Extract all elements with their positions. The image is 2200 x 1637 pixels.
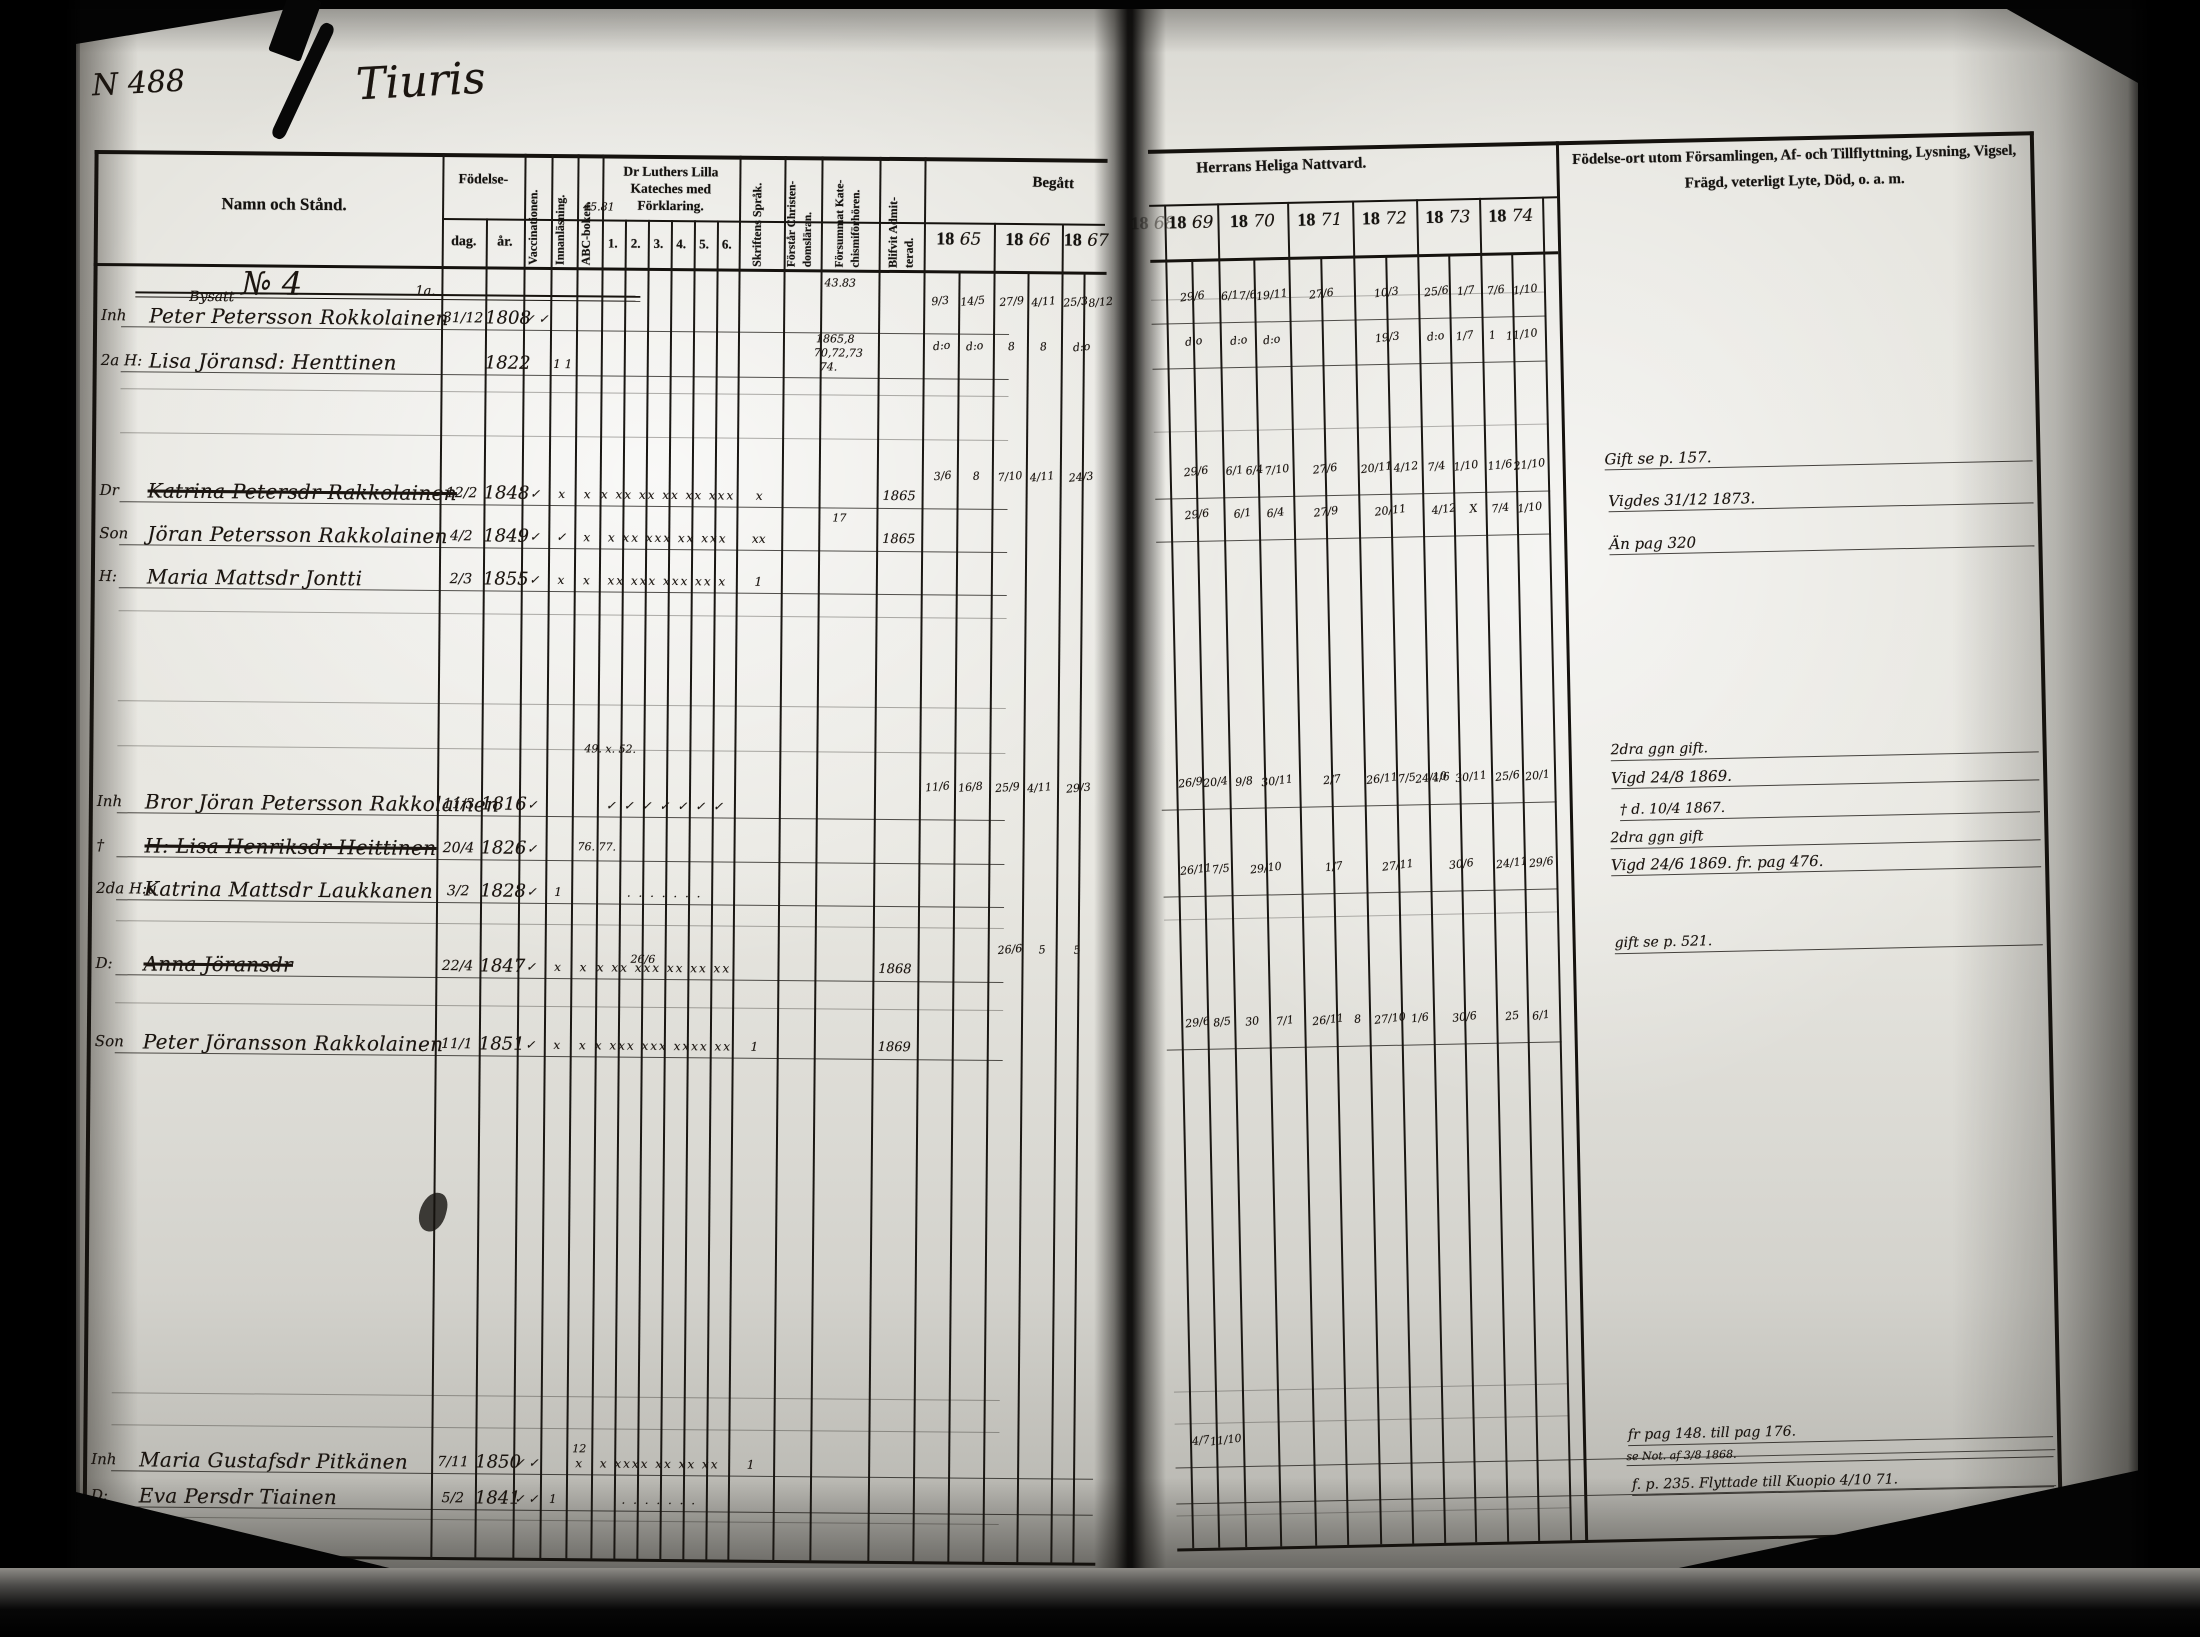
communion-date: 11/6 — [1487, 457, 1513, 473]
communion-date: 1/6 — [1410, 1010, 1429, 1025]
entry-catechism-marks: ✓ ✓ ✓ ✓ ✓ ✓ ✓ — [597, 798, 734, 813]
note-line: gift se p. 521. — [1614, 933, 1712, 951]
blank-ruled-line — [119, 610, 1007, 619]
year-printed-prefix: 18 — [1488, 205, 1506, 225]
communion-date: 7/4 — [1427, 459, 1446, 474]
blank-ruled-line — [1164, 911, 1559, 921]
entry-vaccination-mark: ✓ ✓ — [513, 1492, 540, 1506]
communion-date: 25/6 — [1423, 283, 1449, 299]
communion-date: 11/10 — [1505, 326, 1538, 343]
year-printed-prefix: 18 — [1005, 229, 1023, 249]
communion-date: 4/11 — [1029, 469, 1055, 484]
communion-date: 7/10 — [1264, 462, 1290, 478]
entry-underline — [1153, 361, 1548, 371]
entry-birth-year: 1847 — [479, 955, 517, 976]
communion-date: 6/1 — [1225, 463, 1244, 478]
grid-line — [1072, 274, 1086, 1564]
table-border-top — [95, 150, 1108, 163]
entry-underline — [117, 812, 1005, 821]
entry-reading-mark: 1 1 — [550, 357, 576, 371]
communion-date: 6/4 — [1245, 463, 1264, 478]
grid-line — [1320, 258, 1349, 1545]
col-header-catechism-1: Dr Luthers Lilla — [602, 163, 739, 180]
communion-year-cell: 29/6 — [1172, 464, 1221, 478]
entry-underline — [1164, 888, 1559, 898]
entry-underline — [1155, 490, 1550, 500]
communion-date: 26/11 — [1179, 861, 1212, 878]
communion-date: d:o — [1426, 329, 1445, 344]
communion-year-cell: 30/6 — [1435, 1010, 1494, 1024]
communion-date: 26/11 — [1311, 1011, 1344, 1028]
entry-margin-label: Inh — [97, 792, 143, 810]
blank-ruled-line — [111, 1516, 999, 1525]
grid-line — [1448, 256, 1477, 1543]
communion-date: 14/5 — [960, 294, 986, 309]
entry-vaccination-mark: ✓ — [517, 960, 544, 974]
communion-date: 30/6 — [1448, 856, 1474, 872]
communion-year-cell: 1/7 — [1303, 859, 1364, 873]
communion-year-cell: 27/6 — [1291, 287, 1352, 301]
communion-date: 7/6 — [1486, 283, 1505, 298]
scribble: 26/6 — [631, 953, 656, 966]
year-printed-prefix: 18 — [1297, 209, 1315, 229]
year-handwritten-suffix: 73 — [1443, 207, 1470, 228]
entry-margin-label: Inh — [91, 1450, 137, 1468]
communion-date: 4/12 — [1393, 459, 1419, 475]
communion-year-cell: 10/3 — [1356, 285, 1416, 299]
left-page: Namn och Stånd. Födelse- dag. år. Vaccin… — [82, 105, 1108, 1579]
entry-scripture-mark: xx — [736, 532, 781, 546]
entry-vaccination-mark: ✓ — [517, 1038, 544, 1052]
note-line: 2dra ggn gift — [1610, 828, 1703, 846]
entry-vaccination-mark: ✓ — [518, 842, 545, 856]
communion-date: 4/7 — [1191, 1433, 1210, 1448]
communion-date: X — [1468, 502, 1477, 516]
grid-line — [727, 156, 742, 1561]
communion-superheader-right: Herrans Heliga Nattvard. — [1171, 154, 1391, 179]
grid-line — [1016, 273, 1030, 1563]
entry-admitted-year: 1865 — [874, 532, 923, 547]
blank-ruled-line — [1177, 1507, 1572, 1517]
communion-date: 6/1 — [1532, 1008, 1551, 1023]
communion-date: 6/1 — [1232, 506, 1251, 521]
year-header: 18 72 — [1354, 207, 1414, 229]
year-printed-prefix: 18 — [1168, 212, 1186, 232]
entry-birth-day: 20/4 — [436, 840, 480, 856]
communion-date: 29/6 — [1528, 854, 1554, 870]
col-header-vaccination: Vaccinationen. — [526, 159, 542, 265]
communion-year-cell: 29/68/5 — [1183, 1015, 1232, 1029]
scribble: 43.83 — [824, 276, 856, 289]
year-header: 18 69 — [1166, 211, 1215, 233]
communion-year-cell: 29/3 — [1059, 781, 1097, 794]
entry-birth-day: 4/2 — [439, 528, 483, 544]
communion-date: 20/11 — [1360, 459, 1393, 476]
entry-vaccination-mark: ✓ ✓ — [513, 1456, 540, 1470]
entry-margin-label: H: — [99, 567, 145, 585]
entry-margin-label: Son — [99, 524, 145, 542]
scan-edge-bottom — [0, 1568, 2200, 1637]
entry-vaccination-mark: ✓ — [521, 530, 548, 544]
communion-date: d:o — [1262, 332, 1281, 347]
entry-scripture-mark: x — [737, 489, 782, 503]
section-note: Bysatt — [189, 289, 234, 305]
communion-date: 8 — [1007, 340, 1015, 354]
entry-underline — [121, 371, 1009, 380]
communion-date: 20/11 — [1374, 502, 1407, 519]
note-line: † d. 10/4 1867. — [1620, 800, 1726, 818]
communion-year-cell: 26/118 — [1306, 1012, 1367, 1026]
entry-birth-year: 1855 — [483, 568, 521, 589]
year-handwritten-suffix: 72 — [1380, 208, 1407, 229]
blank-ruled-line — [1174, 1383, 1569, 1393]
blank-ruled-line — [111, 1424, 999, 1433]
communion-date: 7/1 — [1275, 1013, 1294, 1028]
communion-year-cell: 9/314/5 — [925, 294, 991, 308]
scribble: 45.81 — [583, 200, 615, 213]
communion-date: 19/3 — [1374, 329, 1400, 345]
communion-date: 25 — [1504, 1009, 1520, 1024]
scan-edge-right — [2128, 0, 2200, 1637]
communion-date: 27/9 — [1313, 504, 1339, 520]
entry-birth-day: 11/3 — [437, 796, 481, 812]
communion-date: 29/6 — [1179, 288, 1205, 304]
communion-date: 4/11 — [1030, 294, 1056, 309]
col-header-admitted-1: Blifvit Admit- — [886, 162, 902, 268]
communion-year-cell: 29/10 — [1233, 861, 1299, 875]
col-header-missed-1: Försummat Kate- — [834, 161, 847, 267]
communion-year-cell: 4/711/10 — [1192, 1433, 1241, 1447]
year-printed-prefix: 18 — [1230, 211, 1248, 231]
grid-line — [867, 157, 882, 1562]
communion-year-cell: 26/117/524/10 — [1366, 771, 1426, 785]
entry-birth-day: 5/2 — [431, 1490, 475, 1506]
note-line: 2dra ggn gift. — [1610, 740, 1708, 758]
entry-birth-day: 12/2 — [440, 485, 484, 501]
notes-col-left-rule — [1556, 141, 1588, 1543]
subheader-rule — [442, 218, 1105, 226]
note-line: Gift se p. 157. — [1604, 448, 1711, 468]
entry-underline — [116, 856, 1004, 865]
communion-year-cell: 19/3 — [1357, 330, 1417, 344]
communion-date: 30/11 — [1454, 768, 1487, 785]
col-header-understands-2: domsläran. — [802, 161, 815, 267]
communion-year-cell: 30/6 — [1432, 857, 1491, 871]
communion-year-cell: 7/104/11 — [994, 470, 1058, 484]
col-header-birth: Födelse- — [442, 172, 524, 189]
entry-reading-mark: x — [549, 487, 575, 501]
blank-ruled-line — [1154, 424, 1549, 434]
communion-date: 7/6 — [1238, 288, 1257, 303]
entry-birth-day: 7/11 — [431, 1454, 475, 1470]
communion-date: 27/6 — [1308, 286, 1334, 302]
communion-year-cell: d:od:o — [925, 339, 991, 353]
communion-date: 26/9 — [1177, 775, 1203, 791]
communion-year-cell: 11/621/10 — [1486, 458, 1545, 472]
year-printed-prefix: 18 — [936, 228, 954, 248]
note-line: Vigd 24/8 1869. — [1611, 767, 1732, 788]
communion-date: 25/6 — [1495, 768, 1521, 784]
entry-admitted-year: 1865 — [875, 489, 924, 504]
communion-year-cell: 9/830/11 — [1231, 774, 1297, 788]
communion-year-cell: 307/1 — [1236, 1014, 1302, 1028]
communion-year-cell: 2/7 — [1301, 772, 1362, 786]
communion-date: 29/10 — [1249, 860, 1282, 877]
communion-year-cell: 26/920/4 — [1178, 775, 1227, 789]
catechism-col-number: 6. — [716, 236, 738, 252]
col-header-birth-year: år. — [486, 234, 524, 250]
year-header: 18 65 — [926, 228, 992, 250]
note-line: Vigdes 31/12 1873. — [1608, 489, 1755, 510]
entry-abc-mark: x — [574, 530, 599, 544]
entry-abc-mark: x — [566, 1456, 591, 1470]
communion-date: 30/6 — [1452, 1009, 1478, 1025]
entry-birth-day: 2/3 — [439, 571, 483, 587]
communion-date: 6/1 — [1220, 288, 1239, 303]
communion-date: 29/6 — [1184, 1015, 1210, 1031]
entry-birth-year: 1816 — [481, 793, 519, 814]
entry-reading-mark: 1 — [545, 885, 571, 899]
communion-year-cell: 25/620/1 — [1493, 769, 1552, 783]
communion-date: 20/1 — [1524, 767, 1550, 783]
communion-date: 7/5 — [1211, 861, 1230, 876]
communion-year-cell: d:od:o — [1222, 333, 1288, 347]
communion-year-cell: d:o1/7 — [1421, 329, 1480, 343]
communion-year-cell: 25/61/7 — [1420, 284, 1479, 298]
entry-scripture-mark: 1 — [728, 1458, 773, 1472]
entry-vaccination-mark: ✓ — [518, 885, 545, 899]
scan-edge-left — [0, 0, 80, 1637]
communion-date: 26/6 — [997, 942, 1023, 957]
communion-date: 16/8 — [958, 780, 984, 795]
communion-date: 26/11 — [1365, 770, 1398, 787]
year-header: 18 66 — [996, 229, 1060, 251]
communion-date: 2/7 — [1322, 772, 1341, 787]
right-page: Herrans Heliga Nattvard. Födelse-ort uto… — [1140, 86, 2075, 1565]
communion-year-cell: d:o — [1169, 334, 1218, 348]
communion-date: d:o — [1229, 333, 1248, 348]
year-handwritten-suffix: 65 — [954, 230, 981, 250]
entry-vaccination-mark: ✓ — [521, 573, 548, 587]
year-header: 18 74 — [1481, 205, 1540, 227]
communion-date: 11/6 — [925, 779, 951, 794]
col-header-reading: Innanläsning. — [553, 159, 569, 265]
entry-catechism-marks: x xx xxx xx xx xx — [595, 960, 732, 975]
communion-date: 1/7 — [1455, 328, 1474, 343]
entry-margin-label: † — [96, 836, 142, 854]
year-handwritten-suffix: 74 — [1506, 206, 1533, 227]
entry-underline — [1152, 316, 1547, 326]
col-header-name: Namn och Stånd. — [154, 194, 414, 216]
grid-line — [1385, 257, 1414, 1544]
year-header: 18 70 — [1219, 210, 1285, 232]
communion-year-cell: 256/1 — [1498, 1008, 1557, 1022]
communion-date: 9/8 — [1235, 774, 1254, 789]
entry-underline — [111, 1470, 1093, 1480]
blank-ruled-line — [116, 920, 1004, 929]
notes-col-header-2: Frägd, veterligt Lyte, Död, o. a. m. — [1564, 168, 2026, 195]
grid-line — [1511, 254, 1540, 1541]
communion-year-cell: 20/114/12 — [1360, 460, 1420, 474]
communion-date: 1 — [1488, 328, 1497, 342]
col-header-scripture: Skriftens Språk. — [750, 161, 766, 267]
entry-catechism-marks: x xx xxx xx xxx — [599, 530, 736, 545]
communion-date: 5 — [1038, 943, 1046, 957]
entry-birth-day: 11/1 — [435, 1036, 479, 1052]
communion-date: 25/3 — [1063, 294, 1089, 309]
communion-year-cell: 6/16/4 — [1225, 506, 1291, 520]
entry-birth-year: 1826 — [480, 837, 518, 858]
entry-birth-year: 1808 — [485, 307, 523, 328]
grid-line — [1050, 223, 1064, 1563]
blank-ruled-line — [1175, 1415, 1570, 1425]
communion-year-cell: 4/12X — [1424, 502, 1483, 516]
communion-date: 20/4 — [1202, 774, 1228, 790]
col-header-admitted-2: terad. — [902, 162, 918, 268]
entry-reading-mark: ✓ — [548, 530, 574, 544]
grid-line — [772, 156, 787, 1561]
catechism-col-number: 4. — [670, 236, 692, 252]
communion-date: 3/6 — [934, 469, 953, 484]
catechism-col-number: 2. — [625, 236, 647, 252]
year-header: 18 71 — [1289, 209, 1350, 231]
entry-catechism-marks: x xx xx xx xx xxx — [600, 487, 737, 502]
notes-col-header-1: Födelse-ort utom Församlingen, Af- och T… — [1563, 142, 2025, 169]
communion-date: 30/11 — [1261, 772, 1294, 789]
communion-date: 30 — [1244, 1014, 1260, 1029]
communion-year-cell: 29/6 — [1172, 507, 1221, 521]
entry-birth-day: 22/4 — [435, 958, 479, 974]
entry-birth-year: 1822 — [485, 352, 523, 373]
col-header-understands-1: Förstår Christen- — [786, 161, 799, 267]
grid-line — [1253, 260, 1282, 1547]
entry-underline — [1167, 1041, 1562, 1051]
communion-year-cell: 7/41/10 — [1487, 501, 1546, 515]
communion-year-cell: 24/1129/6 — [1495, 855, 1554, 869]
entry-margin-label: Son — [95, 1032, 141, 1050]
communion-year-cell: 27/9 — [1295, 505, 1356, 519]
blank-ruled-line — [118, 700, 1006, 709]
entry-vaccination-mark: ✓ ✓ — [523, 312, 550, 326]
blank-ruled-line — [115, 1002, 1003, 1011]
communion-date: 29/6 — [1183, 463, 1209, 479]
page-number: N 488 — [91, 64, 186, 104]
entry-underline — [1156, 533, 1551, 543]
communion-date: 1/7 — [1324, 859, 1343, 874]
communion-year-cell: 4/630/11 — [1430, 770, 1489, 784]
year-printed-prefix: 18 — [1425, 207, 1443, 227]
entry-birth-day: 31/12 — [441, 310, 485, 326]
catechism-col-number: 1. — [602, 235, 624, 251]
communion-date: 8 — [1039, 340, 1047, 354]
year-header: 18 73 — [1418, 206, 1477, 228]
communion-year-cell: 6/16/47/10 — [1225, 463, 1291, 477]
communion-year-cell: 26/117/5 — [1180, 862, 1229, 876]
communion-date: d:o — [965, 339, 984, 354]
entry-abc-mark: x — [574, 573, 599, 587]
blank-ruled-line — [120, 432, 1008, 441]
scan-edge-top — [0, 0, 2200, 9]
communion-date: 24/11 — [1495, 854, 1528, 871]
entry-underline — [1162, 801, 1557, 811]
year-handwritten-suffix: 71 — [1315, 210, 1342, 231]
note-line: se Not. af 3/8 1868. — [1626, 1448, 1736, 1463]
entry-underline — [116, 899, 1004, 908]
communion-date: 1/10 — [1512, 281, 1538, 297]
grid-line — [982, 223, 996, 1563]
communion-date: 5 — [1073, 943, 1081, 957]
communion-date: 27/11 — [1381, 857, 1414, 874]
communion-date: 7/4 — [1491, 500, 1510, 515]
communion-date: 4/12 — [1430, 501, 1456, 517]
communion-date: 27/9 — [998, 294, 1024, 309]
communion-date: 10/3 — [1373, 284, 1399, 300]
entry-catechism-marks: x xxxx xx xx xx — [591, 1456, 728, 1471]
col-header-catechism-3: Förklaring. — [602, 197, 739, 214]
entry-underline — [111, 1506, 1093, 1516]
communion-date: 8 — [972, 469, 980, 483]
scribble: 76. 77. — [577, 840, 616, 853]
col-header-catechism-2: Kateches med — [602, 180, 739, 197]
communion-date: d:o — [1073, 340, 1092, 355]
year-printed-prefix: 18 — [1064, 229, 1082, 249]
communion-date: 8/5 — [1212, 1014, 1231, 1029]
communion-year-cell: 7/41/10 — [1423, 459, 1482, 473]
communion-year-cell: 26/65 — [990, 943, 1054, 957]
communion-date: 27/6 — [1312, 461, 1338, 477]
communion-date: d:o — [1184, 334, 1203, 349]
communion-date: 19/11 — [1256, 286, 1289, 303]
entry-margin-label: 2da H:u — [96, 879, 142, 897]
scribble: 12 — [572, 1442, 586, 1455]
catechism-col-number: 3. — [647, 236, 669, 252]
communion-date: 29/6 — [1184, 506, 1210, 522]
entry-reading-mark: x — [544, 960, 570, 974]
entry-scripture-mark: 1 — [736, 575, 781, 589]
communion-date: 4/11 — [1026, 780, 1052, 795]
communion-date: 24/3 — [1068, 469, 1094, 484]
entry-vaccination-mark: ✓ — [522, 487, 549, 501]
entry-admitted-year: 1869 — [870, 1040, 919, 1055]
entry-birth-year: 1828 — [480, 880, 518, 901]
scribble: 74. — [820, 360, 838, 373]
scanned-parish-register: N 488 Tiuris Namn och Stånd. Födelse- da… — [0, 0, 2200, 1637]
entry-abc-mark: x — [570, 960, 595, 974]
communion-date: 6/4 — [1265, 505, 1284, 520]
entry-birth-year: 1848 — [484, 482, 522, 503]
scribble: 1865,8 — [816, 332, 855, 345]
communion-year-cell: 27/94/11 — [995, 295, 1059, 309]
communion-date: 11/10 — [1209, 1432, 1242, 1449]
communion-date: 29/3 — [1065, 780, 1091, 795]
entry-catechism-marks: xx xxx xxx xx x — [599, 573, 736, 588]
year-handwritten-suffix: 70 — [1248, 211, 1275, 232]
communion-date: 1/10 — [1517, 499, 1543, 515]
communion-year-cell: 20/11 — [1360, 503, 1420, 517]
entry-reading-mark: x — [544, 1038, 570, 1052]
section-sub-note: 1a. — [415, 284, 435, 299]
entry-underline — [119, 587, 1007, 596]
scribble: 17 — [832, 511, 846, 524]
entry-birth-year: 1850 — [475, 1451, 513, 1472]
communion-date: 7/10 — [997, 469, 1023, 484]
communion-year-cell: 27/101/6 — [1371, 1011, 1431, 1025]
communion-year-cell: 25/94/11 — [991, 781, 1055, 795]
communion-date: 25/9 — [994, 780, 1020, 795]
entry-vaccination-mark: ✓ — [519, 798, 546, 812]
grid-line — [947, 273, 961, 1563]
year-handwritten-suffix: 66 — [1023, 230, 1050, 250]
